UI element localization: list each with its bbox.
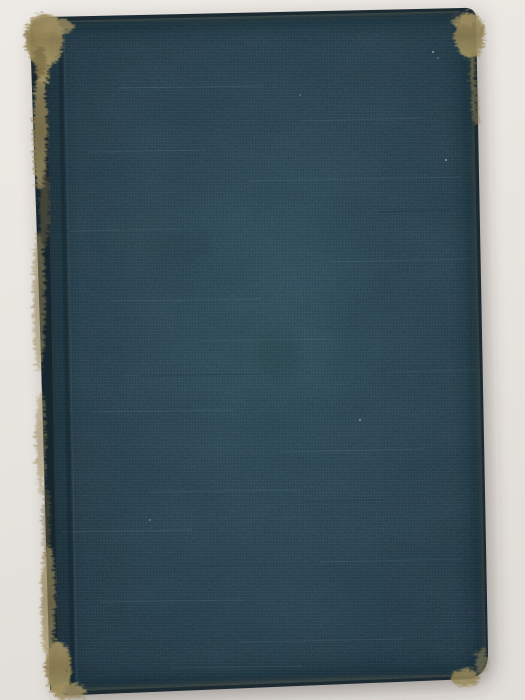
front-cover — [30, 5, 500, 700]
photo-canvas: Vintage clothbound hardcover book, front… — [0, 0, 525, 700]
book-photo: Vintage clothbound hardcover book, front… — [0, 0, 525, 700]
